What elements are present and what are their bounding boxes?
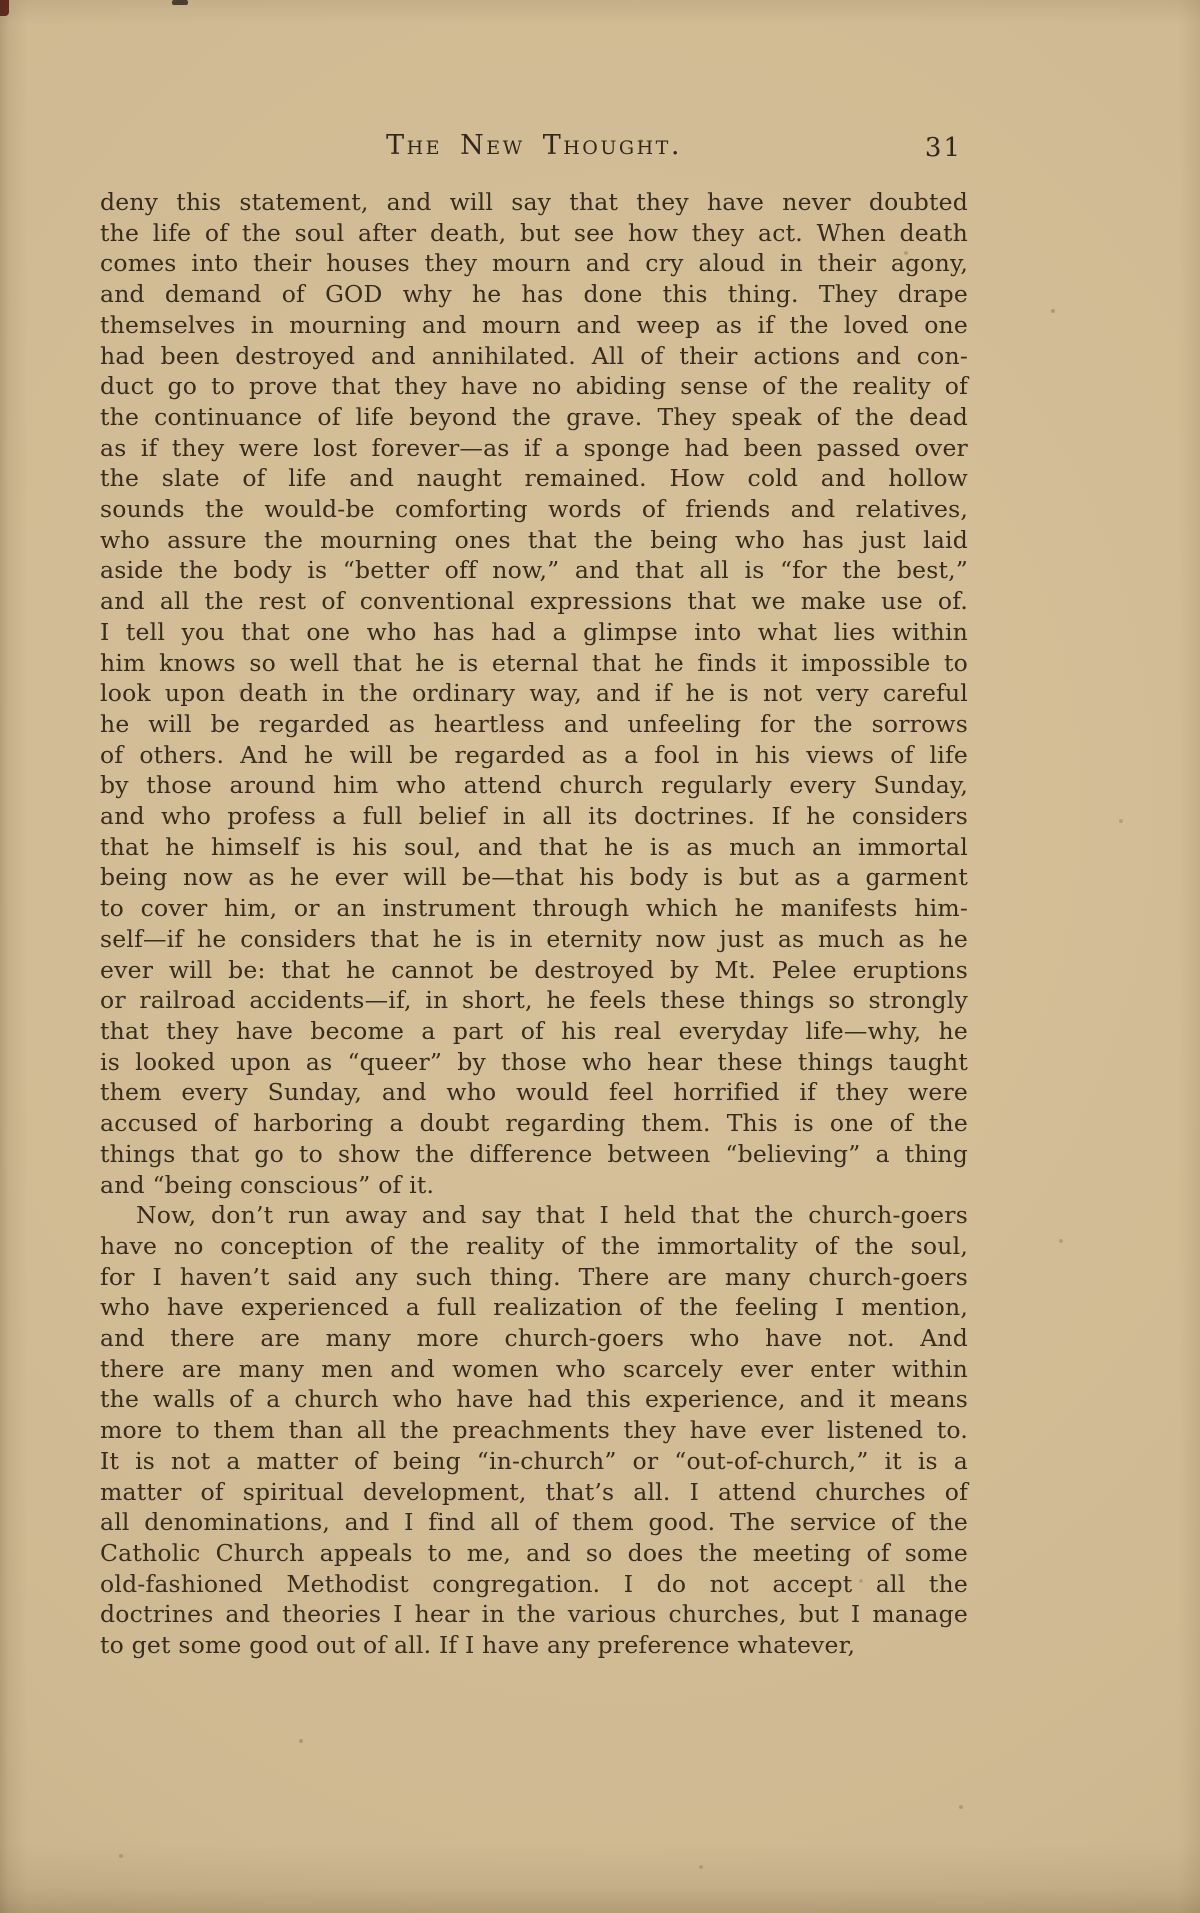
- text-line: things that go to show the difference be…: [100, 1139, 968, 1170]
- text-line: him knows so well that he is eternal tha…: [100, 648, 968, 679]
- text-line: all denominations, and I find all of the…: [100, 1507, 968, 1538]
- text-line: there are many men and women who scarcel…: [100, 1354, 968, 1385]
- text-line: Catholic Church appeals to me, and so do…: [100, 1538, 968, 1569]
- text-line: ever will be: that he cannot be destroye…: [100, 955, 968, 986]
- text-line: by those around him who attend church re…: [100, 770, 968, 801]
- page-number: 31: [925, 133, 962, 163]
- text-line: and who profess a full belief in all its…: [100, 801, 968, 832]
- text-line: or railroad accidents—if, in short, he f…: [100, 985, 968, 1016]
- text-line: he will be regarded as heartless and unf…: [100, 709, 968, 740]
- text-line: and there are many more church-goers who…: [100, 1323, 968, 1354]
- running-title: The New Thought.: [100, 130, 968, 161]
- text-line: being now as he ever will be—that his bo…: [100, 862, 968, 893]
- text-line: It is not a matter of being “in-church” …: [100, 1446, 968, 1477]
- text-line: look upon death in the ordinary way, and…: [100, 678, 968, 709]
- text-line: deny this statement, and will say that t…: [100, 187, 968, 218]
- text-line: more to them than all the preachments th…: [100, 1415, 968, 1446]
- text-line: the continuance of life beyond the grave…: [100, 402, 968, 433]
- text-line: I tell you that one who has had a glimps…: [100, 617, 968, 648]
- text-line: who have experienced a full realization …: [100, 1292, 968, 1323]
- text-line: comes into their houses they mourn and c…: [100, 248, 968, 279]
- text-line: who assure the mourning ones that the be…: [100, 525, 968, 556]
- text-line: of others. And he will be regarded as a …: [100, 740, 968, 771]
- text-line: the walls of a church who have had this …: [100, 1384, 968, 1415]
- text-line: is looked upon as “queer” by those who h…: [100, 1047, 968, 1078]
- paper-speckles: [0, 0, 2, 2]
- page-header: The New Thought. 31: [100, 130, 968, 170]
- text-line: had been destroyed and annihilated. All …: [100, 341, 968, 372]
- text-line: self—if he considers that he is in etern…: [100, 924, 968, 955]
- text-line: and all the rest of conventional express…: [100, 586, 968, 617]
- text-line: that they have become a part of his real…: [100, 1016, 968, 1047]
- text-line: accused of harboring a doubt regarding t…: [100, 1108, 968, 1139]
- paragraph-1: deny this statement, and will say that t…: [100, 187, 968, 1200]
- paragraph-2: Now, don’t run away and say that I held …: [100, 1200, 968, 1661]
- text-line: them every Sunday, and who would feel ho…: [100, 1077, 968, 1108]
- text-line: Now, don’t run away and say that I held …: [100, 1200, 968, 1231]
- text-line: aside the body is “better off now,” and …: [100, 555, 968, 586]
- text-line: to get some good out of all. If I have a…: [100, 1630, 968, 1661]
- book-page: The New Thought. 31 deny this statement,…: [0, 0, 1200, 1913]
- text-line: to cover him, or an instrument through w…: [100, 893, 968, 924]
- text-line: as if they were lost forever—as if a spo…: [100, 433, 968, 464]
- text-line: doctrines and theories I hear in the var…: [100, 1599, 968, 1630]
- text-line: duct go to prove that they have no abidi…: [100, 371, 968, 402]
- text-line: the life of the soul after death, but se…: [100, 218, 968, 249]
- text-line: for I haven’t said any such thing. There…: [100, 1262, 968, 1293]
- text-line: have no conception of the reality of the…: [100, 1231, 968, 1262]
- text-line: and demand of GOD why he has done this t…: [100, 279, 968, 310]
- body-text: deny this statement, and will say that t…: [100, 187, 968, 1661]
- text-line: sounds the would-be comforting words of …: [100, 494, 968, 525]
- text-line: that he himself is his soul, and that he…: [100, 832, 968, 863]
- corner-stain: [0, 0, 9, 16]
- text-line: old-fashioned Methodist congregation. I …: [100, 1569, 968, 1600]
- text-line: the slate of life and naught remained. H…: [100, 463, 968, 494]
- text-line: and “being conscious” of it.: [100, 1170, 968, 1201]
- ink-smudge: [172, 0, 188, 5]
- text-line: themselves in mourning and mourn and wee…: [100, 310, 968, 341]
- text-line: matter of spiritual development, that’s …: [100, 1477, 968, 1508]
